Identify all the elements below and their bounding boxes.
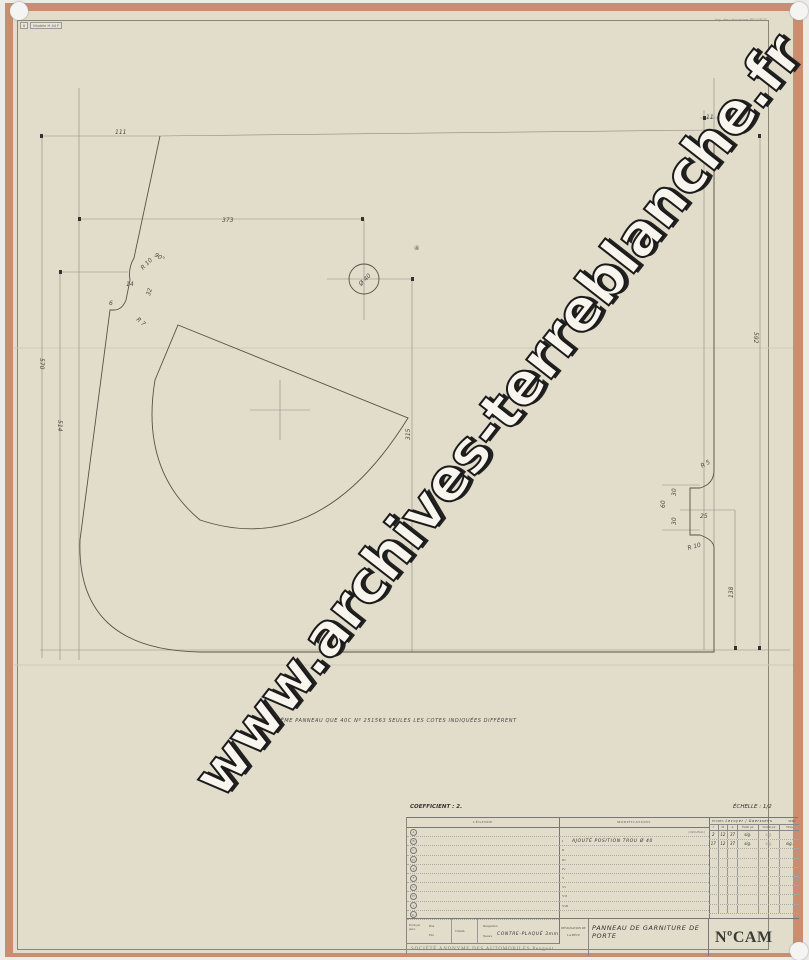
modification-row: VI [559,883,709,892]
dim-right-total-height: 592 [752,332,759,344]
dim-top-right-gap: 11 [706,114,714,121]
technical-drawing: 111 11 373 Ø 40 ④ 90° R 10 14 32 6 R 7 5… [0,0,809,960]
dim-notch-angle: 90° [153,252,166,263]
date-row: 2 12 37 sig. sig. [709,831,799,840]
dim-inner-height: 315 [405,428,412,440]
dim-right-notch-upper: 30 [671,488,678,496]
legend-row: D [407,856,559,865]
drawing-note: NOTA: MÊME PANNEAU QUE 40C Nº 251563 SEU… [255,718,517,724]
modification-row: II [559,846,709,855]
material-section: Poids par pièce Brut Fini Traitem. Désig… [407,919,560,944]
dim-left-total-height: 570 [38,358,45,370]
dim-hole-offset: 373 [222,217,234,224]
signature: sig. [759,831,780,839]
dim-top-offset: 111 [115,129,126,136]
dim-right-notch-depth: 25 [700,513,708,520]
part-name: PANNEAU DE GARNITURE DE PORTE [589,919,709,956]
modification-row-original: (ORIGINAL) [559,828,709,837]
legend-row: F [407,874,559,883]
legend-row: G [407,883,559,892]
modifications-header: MODIFICATIONS [559,818,709,828]
dim-hole-marker: ④ [414,245,419,252]
signature: sig. [759,840,780,848]
legend-row: A [407,828,559,837]
modification-row: III [559,856,709,865]
legend-row: J [407,902,559,911]
legend-row: E [407,865,559,874]
dim-notch-depth: 14 [126,281,134,288]
dim-right-notch-radius-top: R 5 [700,459,712,470]
date-row: 17 12 37 sig. sig. sig. [709,840,799,849]
dim-hole-diameter: Ø 40 [357,272,373,288]
legend-header: LÉGENDE [407,818,559,828]
dim-notch-height: 32 [145,287,154,296]
company-name: SOCIÉTÉ ANONYME DES AUTOMOBILES Peugeot [407,944,559,956]
dim-notch-offset: 6 [109,300,113,307]
signature: sig. [738,831,759,839]
designation-label: DÉSIGNATION DE LA PIÈCE [559,919,589,956]
signature: sig. [738,840,759,848]
coefficient-label: COEFFICIENT : 2. [410,804,462,810]
modification-row: IAJOUTÉ POSITION TROU Ø 40 [559,837,709,846]
dim-right-notch-lower: 30 [671,517,678,525]
scale-label: ÉCHELLE : 1/2 [733,804,772,810]
modification-row: V [559,874,709,883]
title-block-bottom: Poids par pièce Brut Fini Traitem. Désig… [407,918,799,956]
legend-row: H [407,892,559,901]
modification-row: IV [559,865,709,874]
drawing-number: NºCAM 228 [709,919,799,956]
legend-row: B [407,837,559,846]
dim-right-lower-height: 138 [728,586,735,598]
modifications-column: MODIFICATIONS (ORIGINAL) IAJOUTÉ POSITIO… [559,818,710,918]
dim-right-notch-radius-bottom: R 10 [687,542,702,552]
dim-notch-radius-bottom: R 7 [135,316,147,328]
dim-notch-radius-top: R 10 [139,257,154,272]
material-value: CONTRE-PLAQUÉ 3mm [497,932,559,937]
modification-row: VII [559,892,709,901]
title-block: LÉGENDE A B C D E F G H J K MODIFICATION… [406,817,798,954]
studies-header: ÉTUDES Lecoyer / Gaerssens SERV. [709,818,799,825]
legend-column: LÉGENDE A B C D E F G H J K [407,818,560,918]
legend-row: C [407,846,559,855]
signature: sig. [780,840,799,848]
dates-column: ÉTUDES Lecoyer / Gaerssens SERV. J M A É… [709,818,799,918]
dim-left-height: 514 [56,420,63,432]
modification-row: VIII [559,902,709,911]
dim-right-notch-total: 60 [660,500,667,508]
